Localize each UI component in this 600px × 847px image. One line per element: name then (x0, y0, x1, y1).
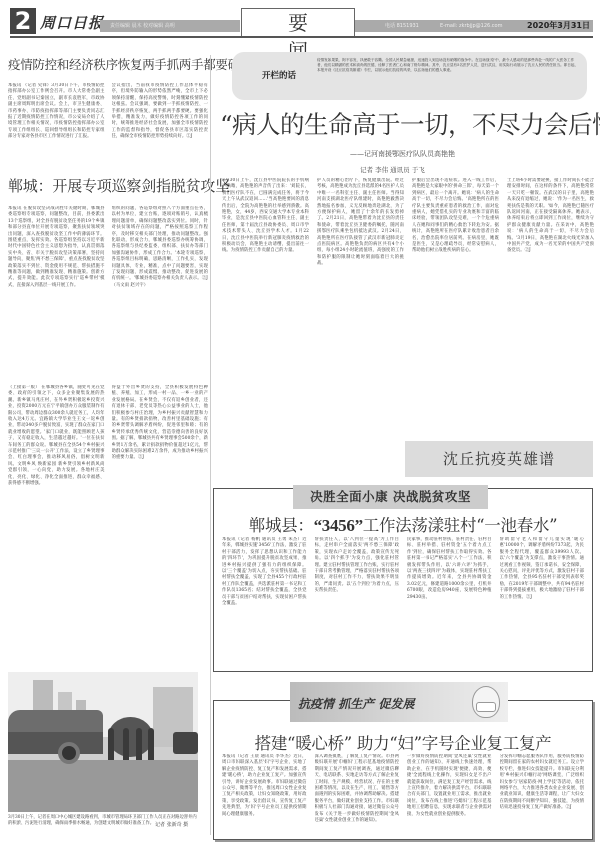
masthead-rule (10, 36, 593, 38)
banner-title: 抗疫情 抓生产 促发展 (298, 695, 414, 712)
feature-headline: “病人的生命高于一切，不尽力会后悔” (220, 106, 600, 141)
face-mask-icon (476, 702, 496, 712)
article-column: 深入调查摸底，了解复工复产情况。市县两级妇联开展'巾帼妇'工程示范基地疫情防控期… (315, 754, 400, 834)
article-headline: 疫情防控和经济秩序恢复两手抓两手都要硬 (8, 55, 208, 73)
article-column: 得益于外出乡贤的支持，全县积极发展特色种植、养殖、加工，形成一村一品、一乡一业的… (112, 385, 209, 665)
article-column: 帮助留守老人和留守儿童实现'暖心惠'10000个，调解矛盾纠纷7373起，为民服… (500, 537, 585, 667)
article-headline: 郸城：开展专项巡察剑指脱贫攻坚 (8, 175, 208, 196)
paper-logo: 周口日报 (40, 12, 104, 33)
article-dancheng-inspection: 郸城：开展专项巡察剑指脱贫攻坚 本报讯 在脱贫攻坚决战决胜年关键时期，郸城县委巡… (8, 175, 208, 406)
article-column: 会议指出，当前我市疫情防控工作总体平稳有序，但境外防输入的形势依然严峻，全市上下… (112, 83, 209, 183)
poverty-article-headline: 郸城县：“3456”工作法荡漾驻村“一池春水” (213, 512, 593, 536)
article-column: 本报讯（记者 王晨 通讯员 李华杰）近日，周口市妇联深入基层'妇'字号企业，实地… (222, 754, 307, 834)
article-column: 民家事，推动驻村帮扶、驻村责任、驻村目标、驻村举措、驻村资金'五个着力点工作'到… (407, 537, 492, 667)
hero-banner-title: 沈丘抗疫英雄谱 (405, 448, 593, 469)
intro-text: 疫情发如果果，阿不容发，执使敢于容腾。全国人民紧急驰援，迅速投入到这场没有硝烟的… (317, 58, 579, 74)
poverty-campaign-tag: 决胜全面小康 决战脱贫攻坚 (293, 485, 488, 509)
editor-info: 责任编辑 晨木 校对编辑 高明 (100, 20, 240, 32)
feature-body: 3月30日上午，沈丘县中医院院长的手机响声嗡嗡，高艳艳的声音传了出来：'刘院长，… (222, 178, 594, 463)
issue-date: 2020年3月31日 (527, 20, 590, 32)
womens-enterprise-body: 本报讯（记者 王晨 通讯员 李华杰）近日，周口市妇联深入基层'妇'字号企业，实地… (222, 754, 584, 834)
email: E-mail: zkrbjjp@126.com (440, 20, 502, 32)
section-title: 要闻 (241, 8, 355, 36)
poverty-article-body: 本报讯（记者 杨帆 通讯员 王勇 朱杰）近年来，郸城县实施'3456'工作法，激… (222, 537, 584, 667)
feature-subheadline: ——记河南援鄂医疗队队员高艳艳 (350, 149, 455, 159)
column-divider (210, 55, 211, 835)
hero-column-banner: 沈丘抗疫英雄谱 (405, 441, 593, 477)
photo-credit: 记者 张新奇 摄 (155, 821, 188, 828)
intro-label: 开栏的话 (262, 69, 296, 81)
article-column: 护服后会出现不适症状。进入一线工作后，高艳艳是大家眼中的'拼命三郎'，每天第一个… (412, 178, 499, 463)
article-column: （上接第一版） 在郸城县各乡镇，随处可见在党委、政府的引领之下，众多企业聚集发展… (8, 385, 105, 665)
hotline: 电话 8151931 (385, 20, 419, 32)
article-column: 士上班4小时需要轮换，接工作时间长不能合理安排时间，在这样的条件下，高艳艳常常一… (507, 178, 594, 440)
article-column: 本报讯（记者 杨帆 通讯员 王勇 朱杰）近年来，郸城县实施'3456'工作法，激… (222, 537, 307, 667)
column-intro-box: 开栏的话 疫情发如果果，阿不容发，执使敢于容腾。全国人民紧急驰援，迅速投入到这场… (232, 52, 587, 100)
article-epidemic-economy: 疫情防控和经济秩序恢复两手抓两手都要硬 本报讯 （记者 史锋）3月30日下午，市… (8, 55, 208, 183)
article-column: 3月30日上午，沈丘县中医院院长的手机响声嗡嗡，高艳艳的声音传了出来：'刘院长，… (222, 178, 309, 463)
continuation-text: 在郸城县各乡镇，随处可见在党委、政府的引领之下，众多企业聚集发展的热潮。新乡镇马… (8, 385, 105, 486)
article-column: 本报讯 （记者 史锋）3月30日下午，市疫情防控指挥部办公室工作例会召开。市人大… (8, 83, 105, 183)
article-column: 帮扶责任人，以'八到位一提高'为工作目标，走村串户全面落实'两不愁三保障'政策，… (315, 537, 400, 667)
anti-epidemic-banner: 抗疫情 抓生产 促发展 (290, 682, 508, 722)
article-column: 护人员的精心治疗下，恢复健康出院。经过考核，高艳艳成为沈丘县选派的4名医护人员中… (317, 178, 404, 463)
page-number: 2 (10, 8, 36, 34)
masthead: 2 周口日报 责任编辑 晨木 校对编辑 高明 要闻 电话 8151931 E-m… (0, 0, 600, 40)
article-column: 分发挥巾帼志愿服务队作用，服务防疫情防控期间留在家的农村妇女就近务工。设立学校专… (500, 754, 585, 834)
article-column: 本报讯 在脱贫攻坚决战决胜年关键时期，郸城县委巡察组专项巡察，问题整改，目前，县… (8, 206, 105, 406)
feature-byline: 记者 李伟 通讯员 于飞 (360, 165, 425, 174)
continuation-label: （上接第一版） (8, 385, 40, 390)
article-continued-from-front: （上接第一版） 在郸城县各乡镇，随处可见在党委、政府的引领之下，众多企业聚集发展… (8, 385, 208, 665)
article-column: 组织的问题，各巡察组对照八个方面重点任务，以村为单位，建立台账，逐项对账销号，认… (112, 206, 209, 406)
womens-enterprise-headline: 搭建“暖心桥” 助力“妇”字号企业复工复产 (213, 730, 593, 754)
article-column: 一步做好疫情防控期间'金凤还巢'女性就业创业工作的通知》，开通线上快速处理，帮助… (407, 754, 492, 834)
news-photo-sewer-truck (8, 672, 198, 812)
